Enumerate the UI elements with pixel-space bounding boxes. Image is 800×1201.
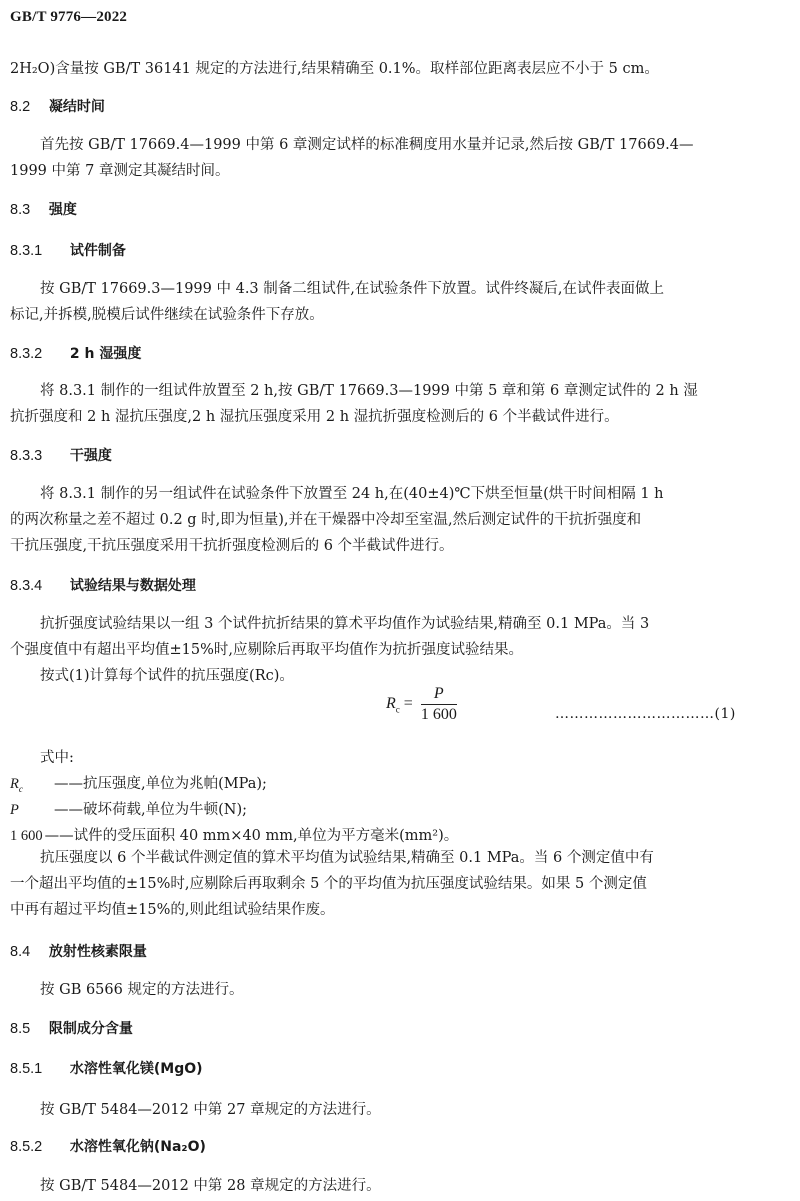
paragraph-8-3-2: 将 8.3.1 制作的一组试件放置至 2 h,按 GB/T 17669.3—19… — [10, 378, 795, 430]
paragraph-line: 将 8.3.1 制作的另一组试件在试验条件下放置至 24 h,在(40±4)℃下… — [10, 481, 795, 507]
section-heading-8-4: 8.4 放射性核素限量 — [10, 941, 147, 961]
section-title: 干强度 — [70, 448, 112, 464]
section-title: 放射性核素限量 — [49, 944, 147, 960]
paragraph-8-4: 按 GB 6566 规定的方法进行。 — [10, 977, 795, 1003]
document-page: GB/T 9776—2022 2H₂O)含量按 GB/T 36141 规定的方法… — [0, 0, 800, 1201]
definition-row: Rc——抗压强度,单位为兆帕(MPa); — [10, 771, 458, 797]
section-number: 8.3.2 — [10, 346, 65, 362]
formula-lhs: R — [386, 695, 396, 712]
section-title: 水溶性氧化钠(Na₂O) — [70, 1139, 206, 1155]
formula-lhs-subscript: c — [396, 704, 400, 714]
section-heading-8-3-4: 8.3.4 试验结果与数据处理 — [10, 575, 196, 595]
paragraph-line: 抗折强度试验结果以一组 3 个试件抗折结果的算术平均值作为试验结果,精确至 0.… — [10, 611, 795, 637]
paragraph-line: 中再有超过平均值±15%的,则此组试验结果作废。 — [10, 897, 795, 923]
formula-1: Rc = P 1 600 — [386, 685, 457, 724]
section-heading-8-3-1: 8.3.1 试件制备 — [10, 240, 126, 260]
section-number: 8.3 — [10, 202, 44, 218]
paragraph-8-5-2: 按 GB/T 5484—2012 中第 28 章规定的方法进行。 — [10, 1173, 795, 1199]
paragraph-line: 按 GB 6566 规定的方法进行。 — [10, 977, 795, 1003]
section-number: 8.5.1 — [10, 1061, 65, 1077]
definition-symbol: P — [10, 797, 54, 823]
paragraph-line: 干抗压强度,干抗压强度采用干抗折强度检测后的 6 个半截试件进行。 — [10, 533, 795, 559]
paragraph-line: 1999 中第 7 章测定其凝结时间。 — [10, 158, 795, 184]
formula-equals: = — [404, 695, 413, 712]
paragraph-line: 按 GB/T 5484—2012 中第 27 章规定的方法进行。 — [10, 1097, 795, 1123]
definition-text: ——抗压强度,单位为兆帕(MPa); — [54, 776, 267, 792]
formula-numerator: P — [421, 685, 457, 705]
section-number: 8.5.2 — [10, 1139, 65, 1155]
paragraph-8-2: 首先按 GB/T 17669.4—1999 中第 6 章测定试样的标准稠度用水量… — [10, 132, 795, 184]
formula-denominator: 1 600 — [421, 705, 457, 724]
paragraph-line: 按 GB/T 17669.3—1999 中 4.3 制备二组试件,在试验条件下放… — [10, 276, 795, 302]
paragraph-line: 首先按 GB/T 17669.4—1999 中第 6 章测定试样的标准稠度用水量… — [10, 132, 795, 158]
section-number: 8.3.1 — [10, 243, 65, 259]
section-title: 限制成分含量 — [49, 1021, 133, 1037]
section-title: 试验结果与数据处理 — [70, 578, 196, 594]
where-label: 式中: — [10, 745, 458, 771]
section-title: 试件制备 — [70, 243, 126, 259]
definition-text: ——试件的受压面积 40 mm×40 mm,单位为平方毫米(mm²)。 — [45, 828, 459, 844]
paragraph-line: 将 8.3.1 制作的一组试件放置至 2 h,按 GB/T 17669.3—19… — [10, 378, 795, 404]
section-number: 8.3.4 — [10, 578, 65, 594]
section-heading-8-3: 8.3 强度 — [10, 199, 77, 219]
intro-paragraph: 2H₂O)含量按 GB/T 36141 规定的方法进行,结果精确至 0.1%。取… — [10, 56, 795, 82]
section-heading-8-5-1: 8.5.1 水溶性氧化镁(MgO) — [10, 1058, 203, 1078]
section-title: 凝结时间 — [49, 99, 105, 115]
formula-definitions: 式中: Rc——抗压强度,单位为兆帕(MPa); P——破坏荷载,单位为牛顿(N… — [10, 745, 458, 849]
standard-header: GB/T 9776—2022 — [10, 9, 127, 26]
paragraph-line: 标记,并拆模,脱模后试件继续在试验条件下存放。 — [10, 302, 795, 328]
paragraph-line: 抗压强度以 6 个半截试件测定值的算术平均值为试验结果,精确至 0.1 MPa。… — [10, 845, 795, 871]
section-title: 水溶性氧化镁(MgO) — [70, 1061, 203, 1077]
section-heading-8-5: 8.5 限制成分含量 — [10, 1018, 133, 1038]
paragraph-8-5-1: 按 GB/T 5484—2012 中第 27 章规定的方法进行。 — [10, 1097, 795, 1123]
definition-row: P——破坏荷载,单位为牛顿(N); — [10, 797, 458, 823]
paragraph-line: 一个超出平均值的±15%时,应剔除后再取剩余 5 个的平均值为抗压强度试验结果。… — [10, 871, 795, 897]
paragraph-line: 个强度值中有超出平均值±15%时,应剔除后再取平均值作为抗折强度试验结果。 — [10, 637, 795, 663]
paragraph-8-3-3: 将 8.3.1 制作的另一组试件在试验条件下放置至 24 h,在(40±4)℃下… — [10, 481, 795, 559]
section-number: 8.2 — [10, 99, 44, 115]
definition-text: ——破坏荷载,单位为牛顿(N); — [54, 802, 247, 818]
formula-number: ……………………………(1) — [555, 706, 736, 722]
section-heading-8-2: 8.2 凝结时间 — [10, 96, 105, 116]
paragraph-8-3-1: 按 GB/T 17669.3—1999 中 4.3 制备二组试件,在试验条件下放… — [10, 276, 795, 328]
paragraph-line: 抗折强度和 2 h 湿抗压强度,2 h 湿抗压强度采用 2 h 湿抗折强度检测后… — [10, 404, 795, 430]
paragraph-line: 的两次称量之差不超过 0.2 g 时,即为恒量),并在干燥器中冷却至室温,然后测… — [10, 507, 795, 533]
section-number: 8.5 — [10, 1021, 44, 1037]
paragraph-8-3-4-compressive: 抗压强度以 6 个半截试件测定值的算术平均值为试验结果,精确至 0.1 MPa。… — [10, 845, 795, 923]
paragraph-8-3-4-flexural: 抗折强度试验结果以一组 3 个试件抗折结果的算术平均值作为试验结果,精确至 0.… — [10, 611, 795, 689]
section-heading-8-3-3: 8.3.3 干强度 — [10, 445, 112, 465]
section-heading-8-5-2: 8.5.2 水溶性氧化钠(Na₂O) — [10, 1136, 206, 1156]
formula-fraction: P 1 600 — [421, 685, 457, 724]
section-heading-8-3-2: 8.3.2 2 h 湿强度 — [10, 343, 141, 363]
section-title: 2 h 湿强度 — [70, 346, 141, 362]
paragraph-line: 按 GB/T 5484—2012 中第 28 章规定的方法进行。 — [10, 1173, 795, 1199]
section-number: 8.4 — [10, 944, 44, 960]
section-title: 强度 — [49, 202, 77, 218]
section-number: 8.3.3 — [10, 448, 65, 464]
paragraph-line: 2H₂O)含量按 GB/T 36141 规定的方法进行,结果精确至 0.1%。取… — [10, 56, 795, 82]
